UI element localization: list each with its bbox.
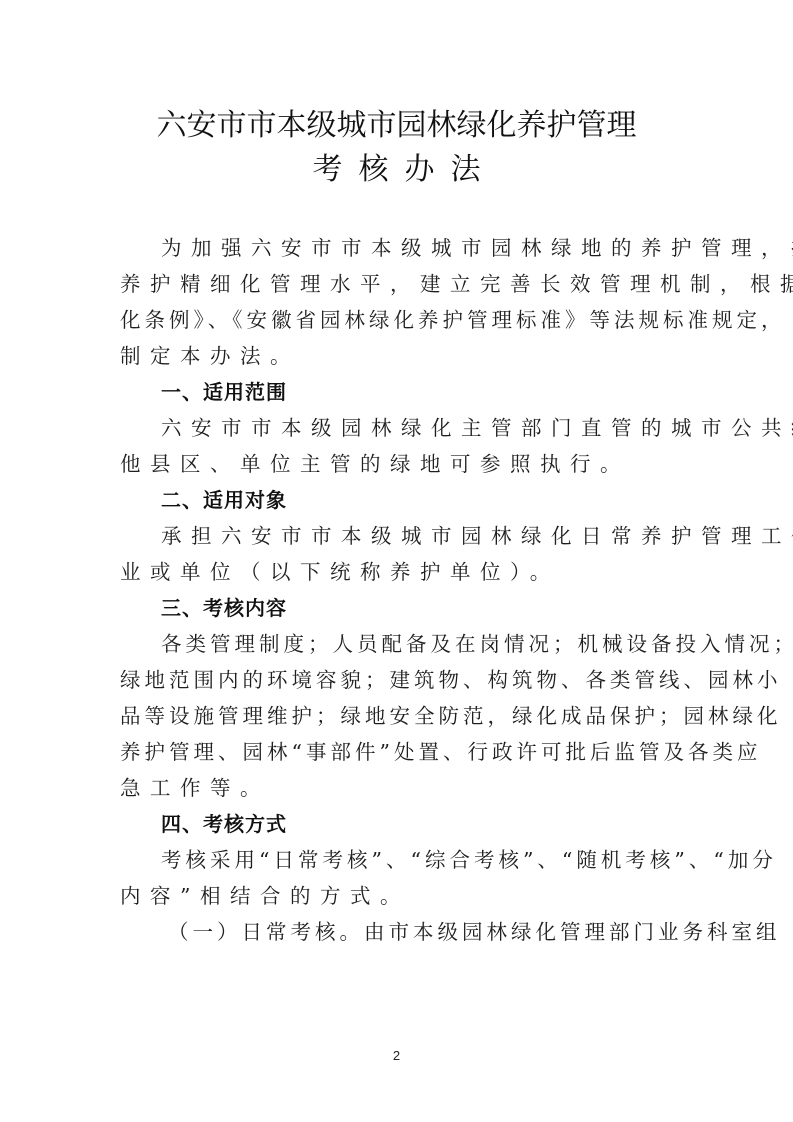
- paragraph-line: 他县区、单位主管的绿地可参照执行。: [120, 446, 700, 482]
- paragraph-line: 绿地范围内的环境容貌；建筑物、构筑物、各类管线、园林小: [120, 662, 700, 698]
- paragraph-line: 内容”相结合的方式。: [120, 878, 700, 914]
- section-heading: 三、考核内容: [120, 590, 700, 626]
- paragraph-line: 化条例》、《安徽省园林绿化养护管理标准》等法规标准规定，: [120, 302, 700, 338]
- section-heading: 二、适用对象: [120, 482, 700, 518]
- document-page: 六安市市本级城市园林绿化养护管理 考核办法 为加强六安市市本级城市园林绿地的养护…: [0, 0, 793, 1122]
- section-heading: 一、适用范围: [120, 374, 700, 410]
- intro-paragraph: 为加强六安市市本级城市园林绿地的养护管理，提高绿地 养护精细化管理水平，建立完善…: [120, 230, 700, 374]
- paragraph-line: 养护精细化管理水平，建立完善长效管理机制，根据《城市绿: [120, 266, 700, 302]
- paragraph-line: 制定本办法。: [120, 338, 700, 374]
- section-heading: 四、考核方式: [120, 806, 700, 842]
- paragraph-line: 考核采用“日常考核”、“综合考核”、“随机考核”、“加分: [120, 842, 700, 878]
- paragraph-line: 品等设施管理维护；绿地安全防范，绿化成品保护；园林绿化: [120, 698, 700, 734]
- section-content: 三、考核内容 各类管理制度；人员配备及在岗情况；机械设备投入情况； 绿地范围内的…: [120, 590, 700, 806]
- document-title-line-1: 六安市市本级城市园林绿化养护管理: [0, 108, 793, 144]
- paragraph-line: （一）日常考核。由市本级园林绿化管理部门业务科室组: [120, 914, 700, 950]
- paragraph-line: 养护管理、园林“事部件”处置、行政许可批后监管及各类应: [120, 734, 700, 770]
- paragraph-line: 各类管理制度；人员配备及在岗情况；机械设备投入情况；: [120, 626, 700, 662]
- document-title-line-2: 考核办法: [0, 152, 793, 188]
- document-body: 为加强六安市市本级城市园林绿地的养护管理，提高绿地 养护精细化管理水平，建立完善…: [120, 230, 700, 950]
- paragraph-line: 急工作等。: [120, 770, 700, 806]
- section-scope: 一、适用范围 六安市市本级园林绿化主管部门直管的城市公共绿地。其 他县区、单位主…: [120, 374, 700, 482]
- paragraph-line: 承担六安市市本级城市园林绿化日常养护管理工作的企: [120, 518, 700, 554]
- paragraph-line: 六安市市本级园林绿化主管部门直管的城市公共绿地。其: [120, 410, 700, 446]
- paragraph-line: 为加强六安市市本级城市园林绿地的养护管理，提高绿地: [120, 230, 700, 266]
- page-number: 2: [0, 1048, 793, 1063]
- paragraph-line: 业或单位（以下统称养护单位）。: [120, 554, 700, 590]
- section-method: 四、考核方式 考核采用“日常考核”、“综合考核”、“随机考核”、“加分 内容”相…: [120, 806, 700, 950]
- section-targets: 二、适用对象 承担六安市市本级城市园林绿化日常养护管理工作的企 业或单位（以下统…: [120, 482, 700, 590]
